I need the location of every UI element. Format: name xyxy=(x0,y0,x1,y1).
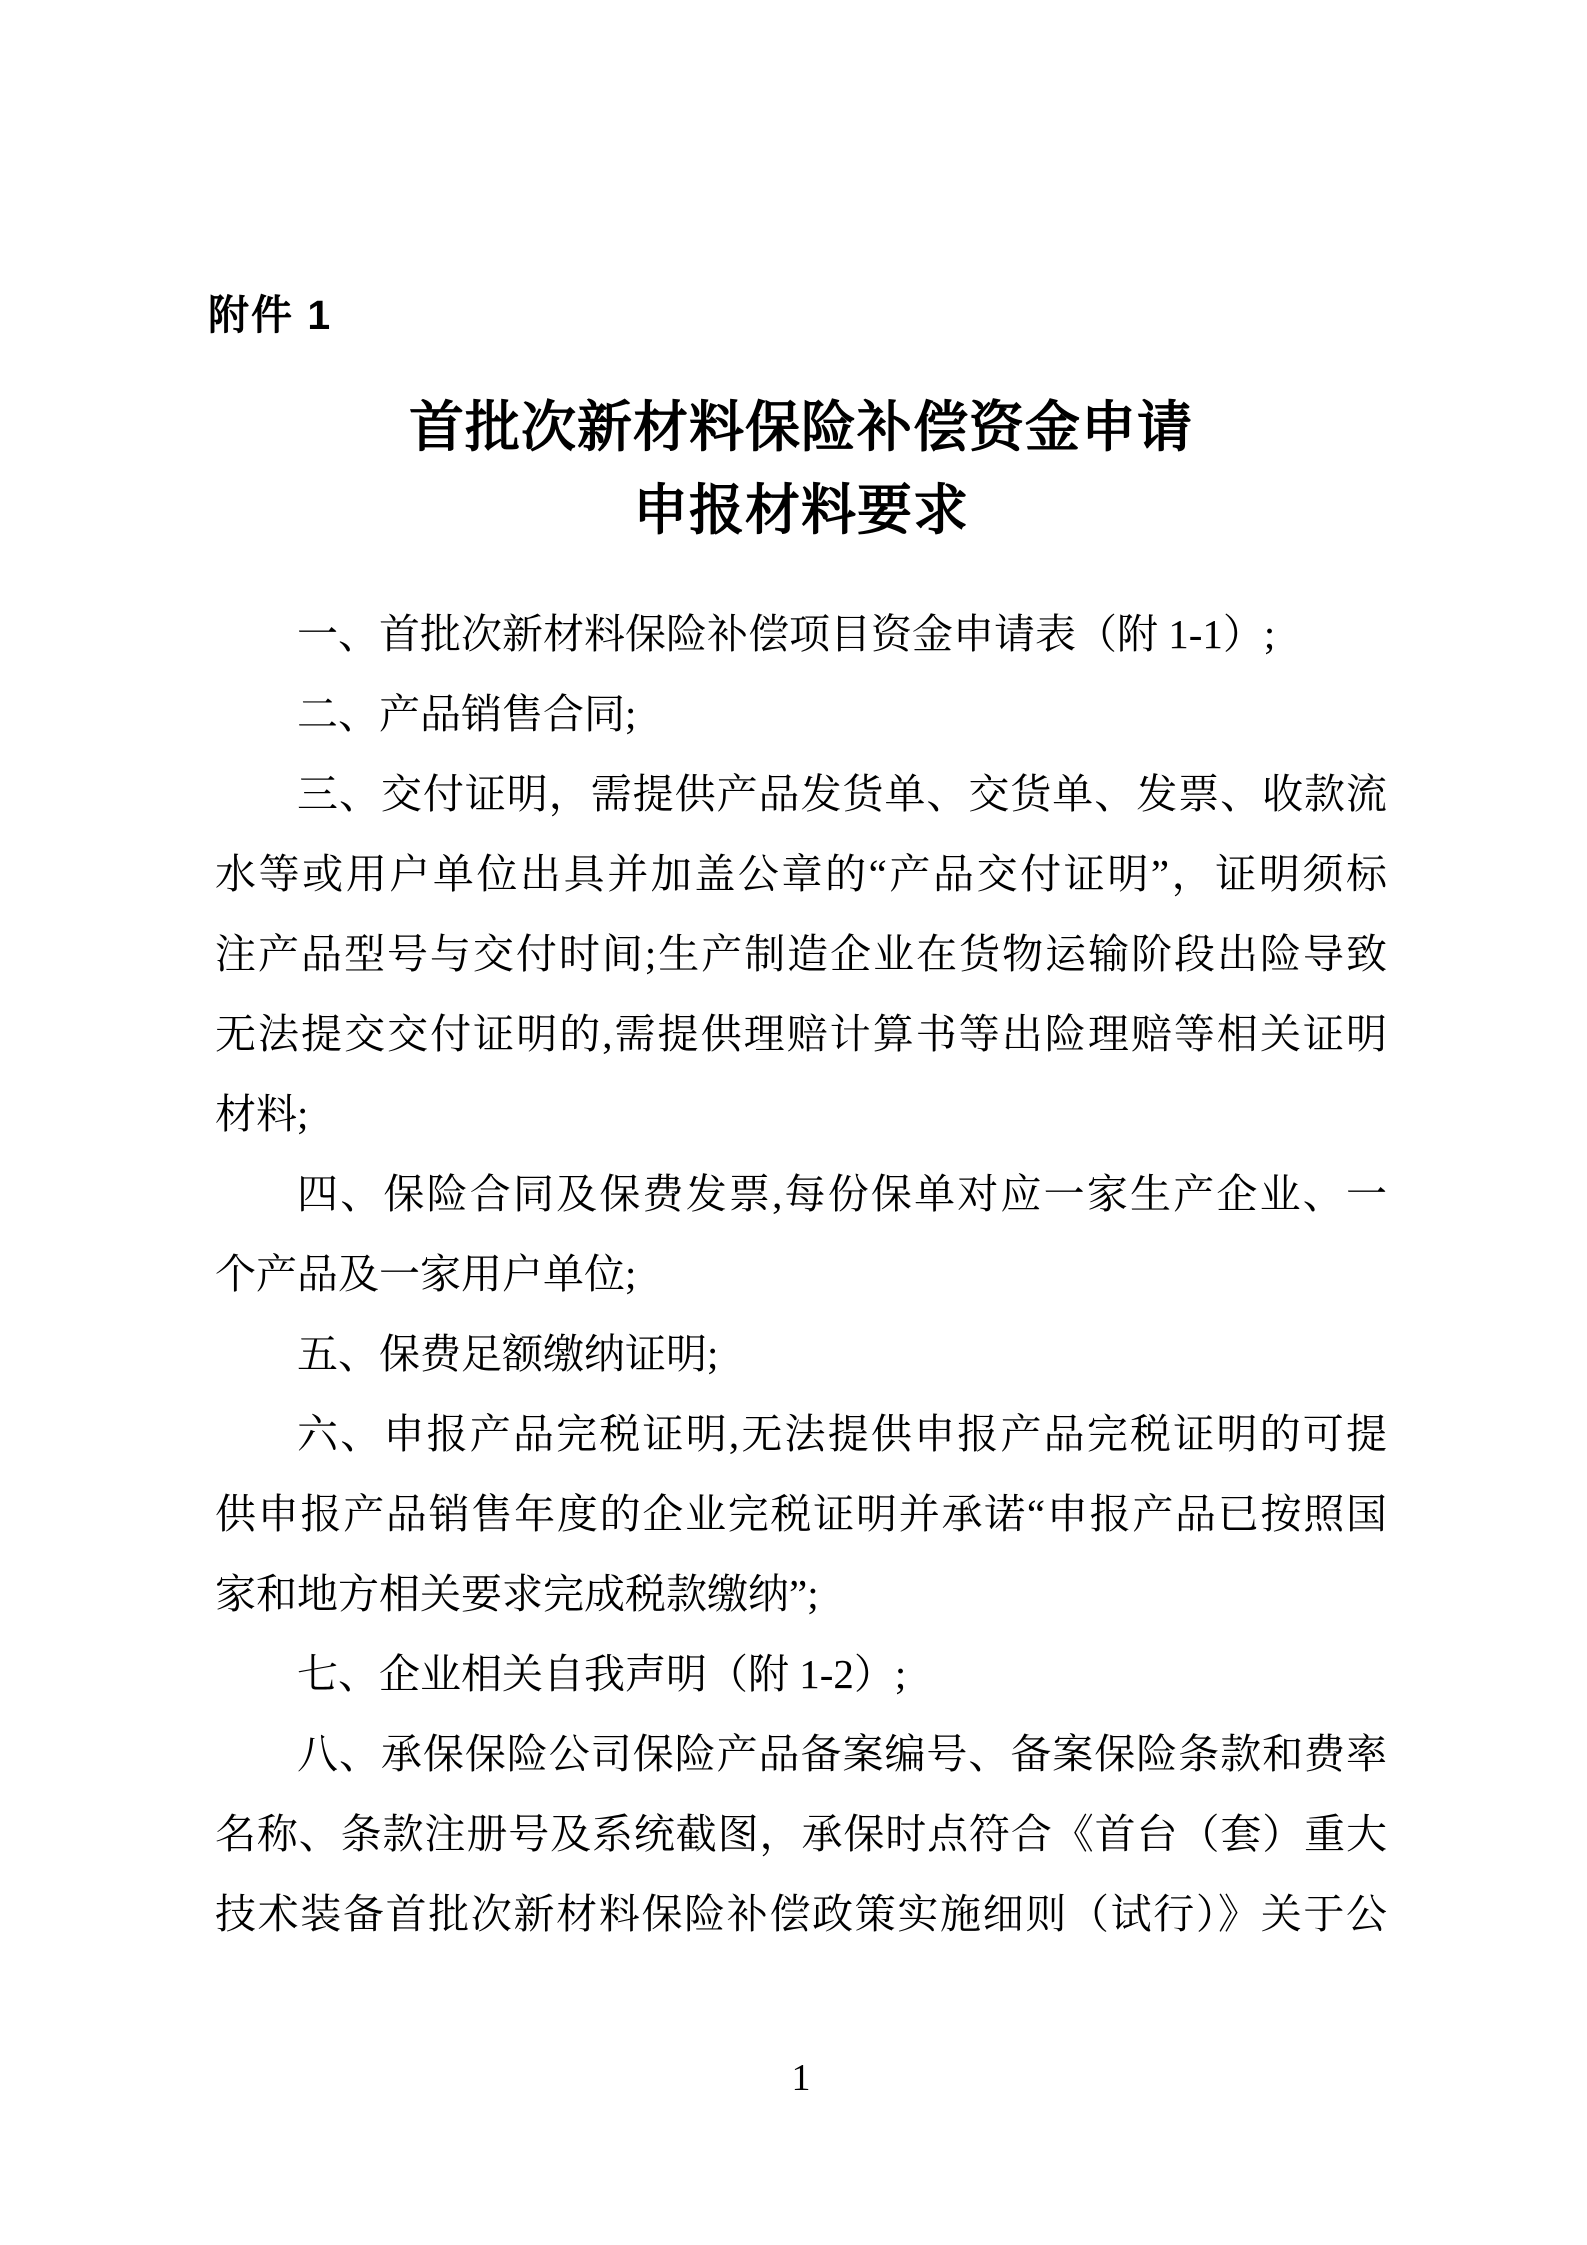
body-line: 一、首批次新材料保险补偿项目资金申请表（附 1-1）; xyxy=(215,594,1387,674)
body-line: 水等或用户单位出具并加盖公章的“产品交付证明”，证明须标 xyxy=(215,834,1387,914)
attachment-label: 附件 1 xyxy=(208,282,332,341)
body-line: 无法提交交付证明的,需提供理赔计算书等出险理赔等相关证明 xyxy=(215,994,1387,1074)
body-line: 六、申报产品完税证明,无法提供申报产品完税证明的可提 xyxy=(215,1394,1387,1474)
body-line: 家和地方相关要求完成税款缴纳”; xyxy=(215,1554,1387,1634)
body-line: 四、保险合同及保费发票,每份保单对应一家生产企业、一 xyxy=(215,1154,1387,1234)
document-page: 附件 1 首批次新材料保险补偿资金申请 申报材料要求 一、首批次新材料保险补偿项… xyxy=(0,0,1587,2245)
body-line: 七、企业相关自我声明（附 1-2）; xyxy=(215,1634,1387,1714)
document-title: 首批次新材料保险补偿资金申请 申报材料要求 xyxy=(215,386,1387,552)
document-title-line2: 申报材料要求 xyxy=(215,469,1387,552)
body-line: 个产品及一家用户单位; xyxy=(215,1234,1387,1314)
body-line: 五、保费足额缴纳证明; xyxy=(215,1314,1387,1394)
body-line: 材料; xyxy=(215,1074,1387,1154)
body-line: 名称、条款注册号及系统截图，承保时点符合《首台（套）重大 xyxy=(215,1794,1387,1874)
document-body: 一、首批次新材料保险补偿项目资金申请表（附 1-1）;二、产品销售合同;三、交付… xyxy=(215,594,1387,1954)
body-line: 注产品型号与交付时间;生产制造企业在货物运输阶段出险导致 xyxy=(215,914,1387,994)
body-line: 八、承保保险公司保险产品备案编号、备案保险条款和费率 xyxy=(215,1714,1387,1794)
body-line: 技术装备首批次新材料保险补偿政策实施细则（试行）》关于公 xyxy=(215,1874,1387,1954)
page-number: 1 xyxy=(215,2056,1387,2100)
body-line: 二、产品销售合同; xyxy=(215,674,1387,754)
body-line: 三、交付证明，需提供产品发货单、交货单、发票、收款流 xyxy=(215,754,1387,834)
body-line: 供申报产品销售年度的企业完税证明并承诺“申报产品已按照国 xyxy=(215,1474,1387,1554)
document-title-line1: 首批次新材料保险补偿资金申请 xyxy=(215,386,1387,469)
